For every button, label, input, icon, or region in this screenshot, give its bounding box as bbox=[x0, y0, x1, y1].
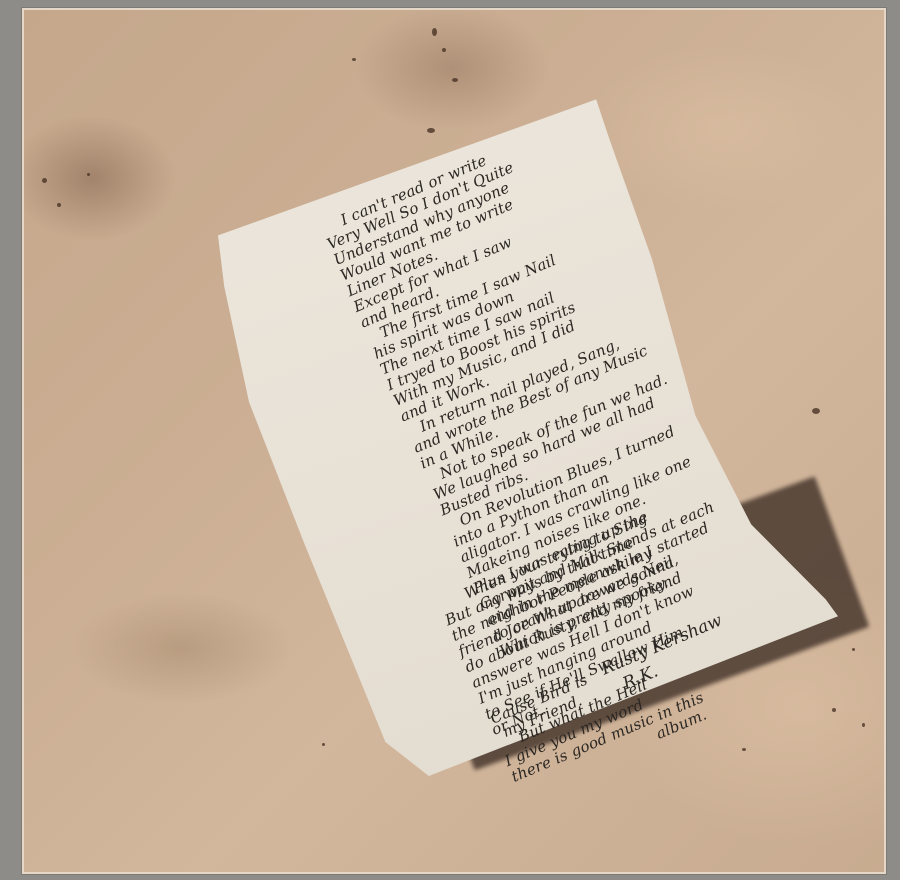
speck bbox=[812, 408, 820, 414]
speck bbox=[87, 173, 90, 176]
speck bbox=[862, 723, 865, 727]
speck bbox=[322, 743, 325, 746]
speck bbox=[432, 28, 437, 36]
speck bbox=[452, 78, 458, 82]
speck bbox=[742, 748, 746, 751]
speck bbox=[42, 178, 47, 183]
speck bbox=[352, 58, 356, 61]
speck bbox=[442, 48, 446, 52]
speck bbox=[427, 128, 435, 133]
speck bbox=[57, 203, 61, 207]
speck bbox=[852, 648, 855, 651]
speck bbox=[832, 708, 836, 712]
